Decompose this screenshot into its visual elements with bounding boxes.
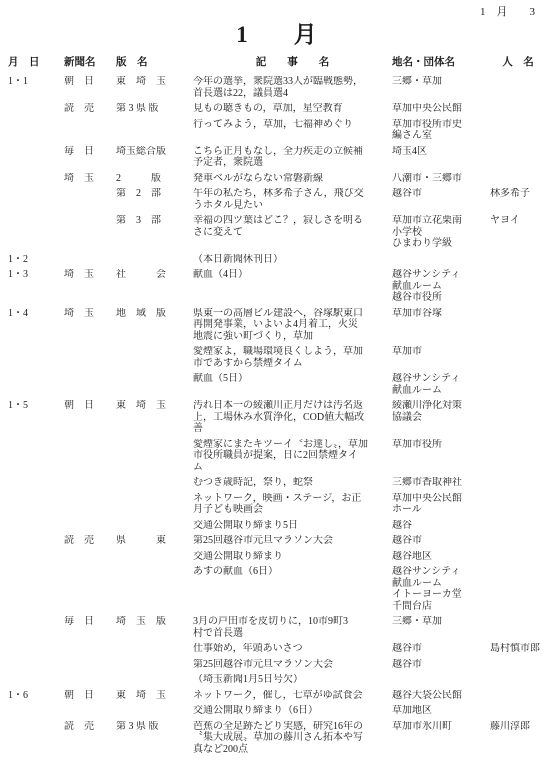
cell-month-day	[8, 520, 64, 532]
cell-newspaper	[64, 566, 116, 612]
cell-article-title: 愛煙家よ，職場環境良くしよう，草加 市であすから禁煙タイム	[193, 346, 392, 369]
cell-person	[488, 690, 548, 702]
cell-newspaper	[64, 659, 116, 671]
cell-edition: 東 埼 玉	[116, 76, 193, 99]
table-row: 交通公開取り締まり 越谷地区	[0, 551, 553, 563]
cell-newspaper: 朝 日	[64, 76, 116, 99]
cell-edition: 2 版	[116, 173, 193, 185]
cell-place-org: 草加市谷塚	[392, 308, 488, 343]
cell-place-org: 草加市	[392, 346, 488, 369]
cell-article-title: 今年の選挙，衆院選33人が臨戦態勢， 首長選は22，議員選4	[193, 76, 392, 99]
cell-month-day	[8, 103, 64, 115]
cell-article-title: （埼玉新聞1月5日号欠）	[193, 674, 392, 686]
cell-newspaper: 毎 日	[64, 616, 116, 639]
cell-place-org: 越谷サンシティ 献血ルーム 越谷市役所	[392, 269, 488, 304]
cell-person: ヤヨイ	[488, 215, 548, 250]
cell-place-org: 草加中央公民館	[392, 103, 488, 115]
cell-article-title: 幸福の四ツ葉はどこ？，寂しさを明る さに変えて	[193, 215, 392, 250]
cell-person	[488, 146, 548, 169]
cell-month-day	[8, 705, 64, 717]
cell-place-org: 草加市立花栗南 小学校 ひまわり学級	[392, 215, 488, 250]
cell-person	[488, 566, 548, 612]
cell-article-title: 献血（4日）	[193, 269, 392, 304]
cell-edition	[116, 477, 193, 489]
cell-newspaper	[64, 188, 116, 211]
table-row: 1・3 埼 玉 社 会 献血（4日） 越谷サンシティ 献血ルーム 越谷市役所	[0, 269, 553, 304]
table-row: （埼玉新聞1月5日号欠）	[0, 674, 553, 686]
cell-person: 藤川淳郎	[488, 721, 548, 756]
table-row: 1・6 朝 日 東 埼 玉 ネットワーク，催し，七草がゆ試食会 越谷大袋公民館	[0, 690, 553, 702]
cell-place-org: 越谷サンシティ 献血ルーム イトーヨーカ堂 千間台店	[392, 566, 488, 612]
cell-place-org: 草加中央公民館 ホール	[392, 493, 488, 516]
cell-article-title: 第25回越谷市元旦マラソン大会	[193, 535, 392, 547]
cell-month-day	[8, 119, 64, 142]
cell-newspaper	[64, 674, 116, 686]
cell-newspaper: 埼 玉	[64, 308, 116, 343]
cell-article-title: 汚れ日本一の綾瀬川正月だけは汚名返 上，工場休み水質浄化，COD値大幅改 善	[193, 400, 392, 435]
cell-month-day	[8, 439, 64, 474]
cell-person	[488, 551, 548, 563]
cell-person	[488, 535, 548, 547]
cell-newspaper	[64, 346, 116, 369]
cell-newspaper: 埼 玉	[64, 269, 116, 304]
cell-newspaper	[64, 254, 116, 266]
cell-edition: 第 3 部	[116, 215, 193, 250]
cell-article-title: 3月の戸田市を皮切りに，10市9町3 村で首長選	[193, 616, 392, 639]
cell-newspaper	[64, 551, 116, 563]
table-row: 1・1 朝 日 東 埼 玉 今年の選挙，衆院選33人が臨戦態勢， 首長選は22，…	[0, 76, 553, 99]
cell-article-title: 見もの聴きもの，草加，星空教育	[193, 103, 392, 115]
cell-edition	[116, 346, 193, 369]
cell-person: 林多希子	[488, 188, 548, 211]
cell-newspaper	[64, 643, 116, 655]
cell-article-title: 仕事始め，年頭あいさつ	[193, 643, 392, 655]
cell-month-day	[8, 215, 64, 250]
cell-edition: 地 域 版	[116, 308, 193, 343]
table-row: 仕事始め，年頭あいさつ 越谷市 島村慎市郎	[0, 643, 553, 655]
header-edition: 版 名	[116, 57, 193, 69]
cell-person	[488, 616, 548, 639]
cell-place-org: 越谷大袋公民館	[392, 690, 488, 702]
cell-month-day	[8, 188, 64, 211]
cell-month-day	[8, 659, 64, 671]
cell-person	[488, 400, 548, 435]
table-row: 第 3 部 幸福の四ツ葉はどこ？，寂しさを明る さに変えて 草加市立花栗南 小学…	[0, 215, 553, 250]
cell-person	[488, 173, 548, 185]
cell-edition	[116, 520, 193, 532]
cell-place-org: 三郷・草加	[392, 616, 488, 639]
cell-month-day: 1・5	[8, 400, 64, 435]
cell-month-day	[8, 616, 64, 639]
cell-month-day	[8, 551, 64, 563]
table-row: 第25回越谷市元旦マラソン大会 越谷市	[0, 659, 553, 671]
cell-month-day: 1・6	[8, 690, 64, 702]
cell-person	[488, 373, 548, 396]
cell-edition	[116, 551, 193, 563]
cell-person	[488, 308, 548, 343]
cell-newspaper	[64, 477, 116, 489]
cell-newspaper: 読 売	[64, 721, 116, 756]
cell-place-org: 草加市氷川町	[392, 721, 488, 756]
cell-place-org: 草加地区	[392, 705, 488, 717]
cell-place-org: 埼玉4区	[392, 146, 488, 169]
cell-edition	[116, 254, 193, 266]
cell-newspaper	[64, 705, 116, 717]
cell-newspaper: 読 売	[64, 535, 116, 547]
table-row: 埼 玉 2 版 発車ベルがならない常磐新線 八潮市・三郷市	[0, 173, 553, 185]
cell-month-day	[8, 373, 64, 396]
cell-person	[488, 254, 548, 266]
table-row: むつき歳時記，祭り，蛇祭 三郷市香取神社	[0, 477, 553, 489]
cell-place-org: 越谷地区	[392, 551, 488, 563]
cell-article-title: 行ってみよう，草加，七福神めぐり	[193, 119, 392, 142]
table-row: 読 売 第 3 県 版 見もの聴きもの，草加，星空教育 草加中央公民館	[0, 103, 553, 115]
cell-newspaper	[64, 493, 116, 516]
cell-newspaper: 朝 日	[64, 690, 116, 702]
cell-article-title: 芭蕉の全足跡たどり実感，研究16年の 〝集大成展〟草加の藤川さん拓本や写 真など…	[193, 721, 392, 756]
cell-person	[488, 705, 548, 717]
table-row: 愛煙家にまたキツーイ〝お達し〟，草加 市役所職員が提案，日に2回禁煙タイ ム 草…	[0, 439, 553, 474]
table-row: 1・4 埼 玉 地 域 版 県東一の高層ビル建設へ，谷塚駅東口 再開発事業，いよ…	[0, 308, 553, 343]
cell-newspaper: 埼 玉	[64, 173, 116, 185]
cell-person	[488, 520, 548, 532]
cell-article-title: むつき歳時記，祭り，蛇祭	[193, 477, 392, 489]
table-row: 1・2 （本日新聞休刊日）	[0, 254, 553, 266]
table-row: あすの献血（6日） 越谷サンシティ 献血ルーム イトーヨーカ堂 千間台店	[0, 566, 553, 612]
cell-newspaper: 朝 日	[64, 400, 116, 435]
cell-place-org: 越谷市	[392, 188, 488, 211]
cell-edition: 埼玉総合版	[116, 146, 193, 169]
cell-month-day	[8, 535, 64, 547]
cell-article-title: 県東一の高層ビル建設へ，谷塚駅東口 再開発事業，いよいよ4月着工，火災 地震に強…	[193, 308, 392, 343]
cell-article-title: （本日新聞休刊日）	[193, 254, 392, 266]
cell-place-org	[392, 254, 488, 266]
cell-place-org: 草加市役所市史 編さん室	[392, 119, 488, 142]
cell-article-title: こちら正月もなし，全力疾走の立候補 予定者，衆院選	[193, 146, 392, 169]
cell-edition: 東 埼 玉	[116, 400, 193, 435]
cell-newspaper	[64, 215, 116, 250]
cell-article-title: 交通公開取り締まり5日	[193, 520, 392, 532]
cell-month-day	[8, 674, 64, 686]
table-row: 交通公開取り締まり（6日） 草加地区	[0, 705, 553, 717]
cell-month-day	[8, 643, 64, 655]
cell-article-title: 第25回越谷市元旦マラソン大会	[193, 659, 392, 671]
table-row: 読 売 第 3 県 版 芭蕉の全足跡たどり実感，研究16年の 〝集大成展〟草加の…	[0, 721, 553, 756]
cell-newspaper	[64, 520, 116, 532]
cell-month-day	[8, 721, 64, 756]
table-row: ネットワーク，映画・ステージ，お正 月子ども映画会 草加中央公民館 ホール	[0, 493, 553, 516]
cell-edition	[116, 439, 193, 474]
cell-article-title: 午年の私たち，林多希子さん，飛び交 うホタル見たい	[193, 188, 392, 211]
cell-edition: 埼 玉 版	[116, 616, 193, 639]
cell-month-day	[8, 493, 64, 516]
table-row: 愛煙家よ，職場環境良くしよう，草加 市であすから禁煙タイム 草加市	[0, 346, 553, 369]
cell-person	[488, 493, 548, 516]
cell-edition	[116, 643, 193, 655]
cell-person	[488, 119, 548, 142]
cell-month-day: 1・2	[8, 254, 64, 266]
table-row: 毎 日 埼 玉 版 3月の戸田市を皮切りに，10市9町3 村で首長選 三郷・草加	[0, 616, 553, 639]
cell-person	[488, 659, 548, 671]
cell-edition	[116, 119, 193, 142]
cell-edition	[116, 493, 193, 516]
cell-month-day: 1・4	[8, 308, 64, 343]
page-title: 1 月	[0, 22, 553, 48]
cell-edition	[116, 705, 193, 717]
cell-article-title: 発車ベルがならない常磐新線	[193, 173, 392, 185]
cell-month-day	[8, 173, 64, 185]
cell-person: 島村慎市郎	[488, 643, 548, 655]
cell-person	[488, 103, 548, 115]
cell-newspaper	[64, 119, 116, 142]
header-article: 記 事 名	[193, 57, 392, 69]
cell-edition	[116, 674, 193, 686]
cell-newspaper	[64, 439, 116, 474]
cell-place-org: 草加市役所	[392, 439, 488, 474]
document-page: 1 月 3 1 月 月 日 新聞名 版 名 記 事 名 地名・団体名 人 名 1…	[0, 0, 553, 768]
cell-edition: 第 3 県 版	[116, 721, 193, 756]
cell-article-title: ネットワーク，催し，七草がゆ試食会	[193, 690, 392, 702]
cell-edition	[116, 373, 193, 396]
cell-article-title: 献血（5日）	[193, 373, 392, 396]
header-place-org: 地名・団体名	[392, 57, 488, 69]
cell-article-title: 交通公開取り締まり	[193, 551, 392, 563]
header-month-day: 月 日	[8, 57, 64, 69]
cell-person	[488, 477, 548, 489]
cell-month-day: 1・1	[8, 76, 64, 99]
cell-edition: 県 東	[116, 535, 193, 547]
table-row: 献血（5日） 越谷サンシティ 献血ルーム	[0, 373, 553, 396]
cell-place-org: 越谷サンシティ 献血ルーム	[392, 373, 488, 396]
cell-person	[488, 76, 548, 99]
cell-person	[488, 674, 548, 686]
cell-place-org: 三郷・草加	[392, 76, 488, 99]
header-person: 人 名	[488, 57, 548, 69]
cell-place-org: 越谷市	[392, 535, 488, 547]
header-newspaper: 新聞名	[64, 57, 116, 69]
table-row: 交通公開取り締まり5日 越谷	[0, 520, 553, 532]
cell-edition: 社 会	[116, 269, 193, 304]
cell-edition: 第 3 県 版	[116, 103, 193, 115]
cell-place-org: 越谷市	[392, 643, 488, 655]
cell-edition	[116, 566, 193, 612]
table-row: 1・5 朝 日 東 埼 玉 汚れ日本一の綾瀬川正月だけは汚名返 上，工場休み水質…	[0, 400, 553, 435]
cell-article-title: あすの献血（6日）	[193, 566, 392, 612]
cell-article-title: 愛煙家にまたキツーイ〝お達し〟，草加 市役所職員が提案，日に2回禁煙タイ ム	[193, 439, 392, 474]
cell-article-title: 交通公開取り締まり（6日）	[193, 705, 392, 717]
cell-place-org: 越谷	[392, 520, 488, 532]
cell-newspaper: 毎 日	[64, 146, 116, 169]
cell-place-org: 綾瀬川浄化対策 協議会	[392, 400, 488, 435]
cell-month-day: 1・3	[8, 269, 64, 304]
cell-place-org: 八潮市・三郷市	[392, 173, 488, 185]
table-row: 第 2 部 午年の私たち，林多希子さん，飛び交 うホタル見たい 越谷市 林多希子	[0, 188, 553, 211]
cell-month-day	[8, 346, 64, 369]
cell-newspaper: 読 売	[64, 103, 116, 115]
page-number-header: 1 月 3	[0, 0, 553, 18]
cell-edition	[116, 659, 193, 671]
table-row: 読 売 県 東 第25回越谷市元旦マラソン大会 越谷市	[0, 535, 553, 547]
cell-person	[488, 269, 548, 304]
table-row: 毎 日 埼玉総合版 こちら正月もなし，全力疾走の立候補 予定者，衆院選 埼玉4区	[0, 146, 553, 169]
cell-edition: 東 埼 玉	[116, 690, 193, 702]
cell-month-day	[8, 566, 64, 612]
cell-edition: 第 2 部	[116, 188, 193, 211]
cell-person	[488, 346, 548, 369]
article-table: 1・1 朝 日 東 埼 玉 今年の選挙，衆院選33人が臨戦態勢， 首長選は22，…	[0, 76, 553, 755]
cell-month-day	[8, 477, 64, 489]
table-row: 行ってみよう，草加，七福神めぐり 草加市役所市史 編さん室	[0, 119, 553, 142]
cell-month-day	[8, 146, 64, 169]
cell-place-org	[392, 674, 488, 686]
cell-article-title: ネットワーク，映画・ステージ，お正 月子ども映画会	[193, 493, 392, 516]
table-header: 月 日 新聞名 版 名 記 事 名 地名・団体名 人 名	[0, 57, 553, 69]
cell-place-org: 三郷市香取神社	[392, 477, 488, 489]
cell-newspaper	[64, 373, 116, 396]
cell-person	[488, 439, 548, 474]
cell-place-org: 越谷市	[392, 659, 488, 671]
